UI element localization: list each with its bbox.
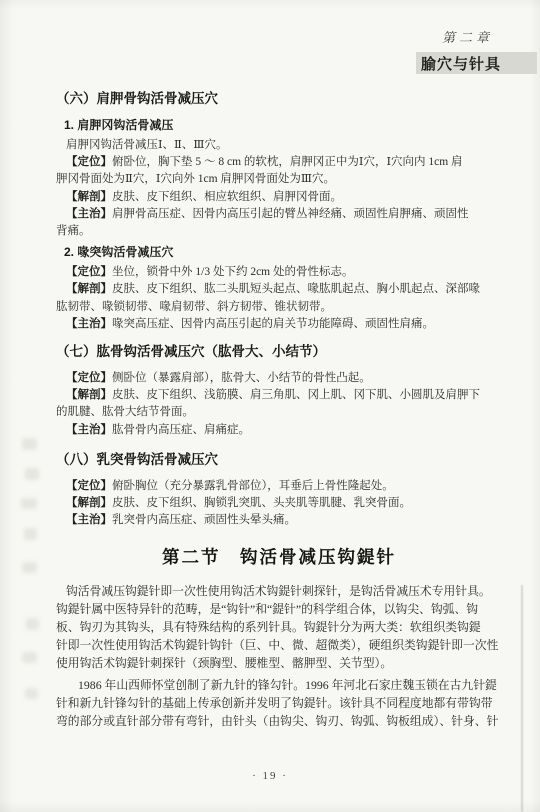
body-line: 1986 年山西师怀堂创制了新九针的锋勾针。1996 年河北石家庄魏玉锁在古九针… [56,676,502,694]
section-heading-6: （六）肩胛骨钩活骨减压穴 [56,90,502,108]
clause-label: 【定位】 [66,372,112,384]
bleedthrough-mark [22,562,37,573]
body-line: 的肌腱、肱骨大结节骨面。 [56,404,502,421]
section-heading-7: （七）肱骨钩活骨减压穴（肱骨大、小结节） [56,343,502,361]
bleedthrough-mark [24,528,37,540]
subheading-2: 2. 喙突钩活骨减压穴 [56,244,502,261]
clause-text: 乳突骨内高压症、顽固性头晕头痛。 [112,514,296,526]
body-line: 【解剖】皮肤、皮下组织、肱二头肌短头起点、喙肱肌起点、胸小肌起点、深部喙 [56,281,502,298]
clause-text: 皮肤、皮下组织、浅筋膜、肩三角肌、冈上肌、冈下肌、小圆肌及肩胛下 [112,389,480,401]
body-line: 肱韧带、喙锁韧带、喙肩韧带、斜方韧带、锥状韧带。 [56,299,502,316]
page-number: · 19 · [0,770,540,782]
bleedthrough-mark [22,438,37,450]
clause-text: 皮肤、皮下组织、肱二头肌短头起点、喙肱肌起点、胸小肌起点、深部喙 [112,283,480,295]
body-line: 背痛。 [56,223,502,240]
clause-text: 肩胛骨高压症、因骨内高压引起的臂丛神经痛、顽固性肩胛痛、顽固性 [112,208,469,220]
body-line: 【主治】乳突骨内高压症、顽固性头晕头痛。 [56,512,502,529]
chapter-banner: 腧穴与针具 [416,52,537,74]
clause-label: 【主治】 [66,208,112,220]
body-line: 【定位】坐位，锁骨中外 1/3 处下约 2cm 处的骨性标志。 [56,264,502,281]
body-line: 针即一次性使用钩活术钩鍉针钩针（巨、中、微、超微类），硬组织类钩鍉针即一次性 [56,636,502,654]
body-line: 【定位】侧卧位（暴露肩部），肱骨大、小结节的骨性凸起。 [56,370,502,387]
clause-label: 【定位】 [66,480,112,492]
clause-text: 皮肤、皮下组织、胸锁乳突肌、头夹肌等肌腱、乳突骨面。 [112,497,411,509]
clause-label: 【解剖】 [66,191,112,203]
body-line: 【主治】喙突高压症、因骨内高压引起的肩关节功能障碍、顽固性肩痛。 [56,316,502,333]
subheading-1: 1. 肩胛冈钩活骨减压 [56,117,502,134]
clause-label: 【主治】 [66,514,112,526]
body-line: 【解剖】皮肤、皮下组织、相应软组织、肩胛冈骨面。 [56,189,502,206]
clause-text: 坐位，锁骨中外 1/3 处下约 2cm 处的骨性标志。 [112,266,354,278]
clause-text: 皮肤、皮下组织、相应软组织、肩胛冈骨面。 [112,191,342,203]
bleedthrough-mark [25,688,38,699]
body-line: 钩活骨减压钩鍉针即一次性使用钩活术钩鍉针刺探针，是钩活骨减压术专用针具。 [56,582,502,600]
page-body: （六）肩胛骨钩活骨减压穴 1. 肩胛冈钩活骨减压 肩胛冈钩活骨减压Ⅰ、Ⅱ、Ⅲ穴。… [56,90,502,730]
body-line: 弯的部分或直针部分带有弯针，由针头（由钩尖、钩刃、钩弧、钩板组成）、针身、针 [56,712,502,730]
body-line: 【定位】俯卧位，胸下垫 5 ～ 8 cm 的软枕，肩胛冈正中为Ⅰ穴，Ⅰ穴向内 1… [56,154,502,171]
clause-text: 俯卧位，胸下垫 5 ～ 8 cm 的软枕，肩胛冈正中为Ⅰ穴，Ⅰ穴向内 1cm 肩 [112,156,463,168]
clause-label: 【解剖】 [66,389,112,401]
body-line: 【解剖】皮肤、皮下组织、浅筋膜、肩三角肌、冈上肌、冈下肌、小圆肌及肩胛下 [56,387,502,404]
clause-label: 【定位】 [66,266,112,278]
body-line: 钩鍉针属中医特异针的范畴，是“钩针”和“鍉针”的科学组合体，以钩尖、钩弧、钩 [56,600,502,618]
clause-text: 俯卧胸位（充分暴露乳骨部位），耳垂后上骨性隆起处。 [112,480,394,492]
paragraph-2: 1986 年山西师怀堂创制了新九针的锋勾针。1996 年河北石家庄魏玉锁在古九针… [56,676,502,730]
body-line: 肩胛冈钩活骨减压Ⅰ、Ⅱ、Ⅲ穴。 [56,137,502,154]
chapter-banner-title: 腧穴与针具 [421,53,501,74]
section-2-title: 第二节 钩活骨减压钩鍉针 [56,545,502,569]
body-line: 板、钩刃为其钩头，具有特殊结构的系列针具。钩鍉针分为两大类：软组织类钩鍉 [56,618,502,636]
body-line: 【定位】俯卧胸位（充分暴露乳骨部位），耳垂后上骨性隆起处。 [56,478,502,495]
clause-label: 【解剖】 [66,283,112,295]
bleedthrough-mark [22,652,37,663]
bleedthrough-mark [25,468,39,480]
body-line: 针和新九针锋勾针的基础上传承创新并发明了钩鍉针。该针具不同程度地都有带钩带 [56,694,502,712]
body-line: 【主治】肩胛骨高压症、因骨内高压引起的臂丛神经痛、顽固性肩胛痛、顽固性 [56,206,502,223]
clause-text: 喙突高压症、因骨内高压引起的肩关节功能障碍、顽固性肩痛。 [112,318,434,330]
clause-text: 肱骨骨内高压症、肩痛症。 [112,424,250,436]
body-line: 使用钩活术钩鍉针刺探针（颈胸型、腰椎型、髂胛型、关节型）。 [56,654,502,672]
chapter-label: 第二章 [442,27,493,46]
bleedthrough-mark [21,498,37,509]
section-heading-8: （八）乳突骨钩活骨减压穴 [56,451,502,469]
body-line: 【解剖】皮肤、皮下组织、胸锁乳突肌、头夹肌等肌腱、乳突骨面。 [56,495,502,512]
clause-label: 【定位】 [66,156,112,168]
body-line: 胛冈骨面处为Ⅱ穴，Ⅰ穴向外 1cm 肩胛冈骨面处为Ⅲ穴。 [56,171,502,188]
bleedthrough-mark [26,618,39,630]
clause-label: 【主治】 [66,424,112,436]
body-line: 【主治】肱骨骨内高压症、肩痛症。 [56,422,502,439]
paragraph-1: 钩活骨减压钩鍉针即一次性使用钩活术钩鍉针刺探针，是钩活骨减压术专用针具。 钩鍉针… [56,582,502,672]
clause-label: 【解剖】 [66,497,112,509]
clause-label: 【主治】 [66,318,112,330]
clause-text: 侧卧位（暴露肩部），肱骨大、小结节的骨性凸起。 [112,372,371,384]
